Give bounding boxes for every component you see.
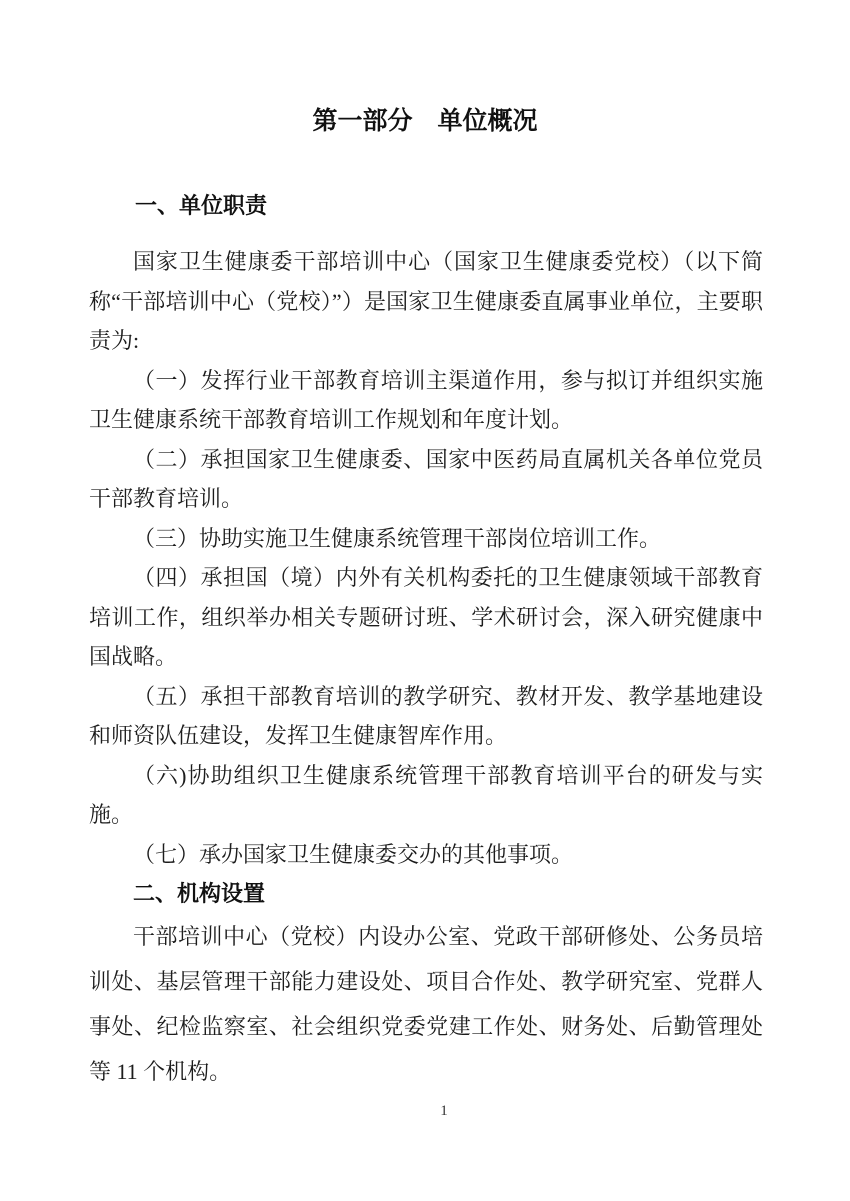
- duty-item-2: （二）承担国家卫生健康委、国家中医药局直属机关各单位党员干部教育培训。: [89, 440, 763, 519]
- document-title: 第一部分 单位概况: [0, 106, 850, 136]
- intro-paragraph: 国家卫生健康委干部培训中心（国家卫生健康委党校）（以下简称“干部培训中心（党校）…: [89, 242, 763, 361]
- org-structure-paragraph: 干部培训中心（党校）内设办公室、党政干部研修处、公务员培训处、基层管理干部能力建…: [89, 914, 763, 1094]
- section-2-heading: 二、机构设置: [89, 874, 763, 914]
- duty-item-6: （六)协助组织卫生健康系统管理干部教育培训平台的研发与实施。: [89, 756, 763, 835]
- duty-item-1: （一）发挥行业干部教育培训主渠道作用，参与拟订并组织实施卫生健康系统干部教育培训…: [89, 361, 763, 440]
- duty-item-4: （四）承担国（境）内外有关机构委托的卫生健康领域干部教育培训工作，组织举办相关专…: [89, 558, 763, 677]
- duty-item-3: （三）协助实施卫生健康系统管理干部岗位培训工作。: [89, 519, 763, 559]
- document-page: 第一部分 单位概况 一、单位职责 国家卫生健康委干部培训中心（国家卫生健康委党校…: [0, 0, 850, 1201]
- duty-item-5: （五）承担干部教育培训的教学研究、教材开发、教学基地建设和师资队伍建设，发挥卫生…: [89, 677, 763, 756]
- duty-item-7: （七）承办国家卫生健康委交办的其他事项。: [89, 835, 763, 875]
- page-number: 1: [0, 1103, 850, 1120]
- section-1-heading: 一、单位职责: [135, 194, 267, 218]
- document-body: 国家卫生健康委干部培训中心（国家卫生健康委党校）（以下简称“干部培训中心（党校）…: [89, 242, 763, 1094]
